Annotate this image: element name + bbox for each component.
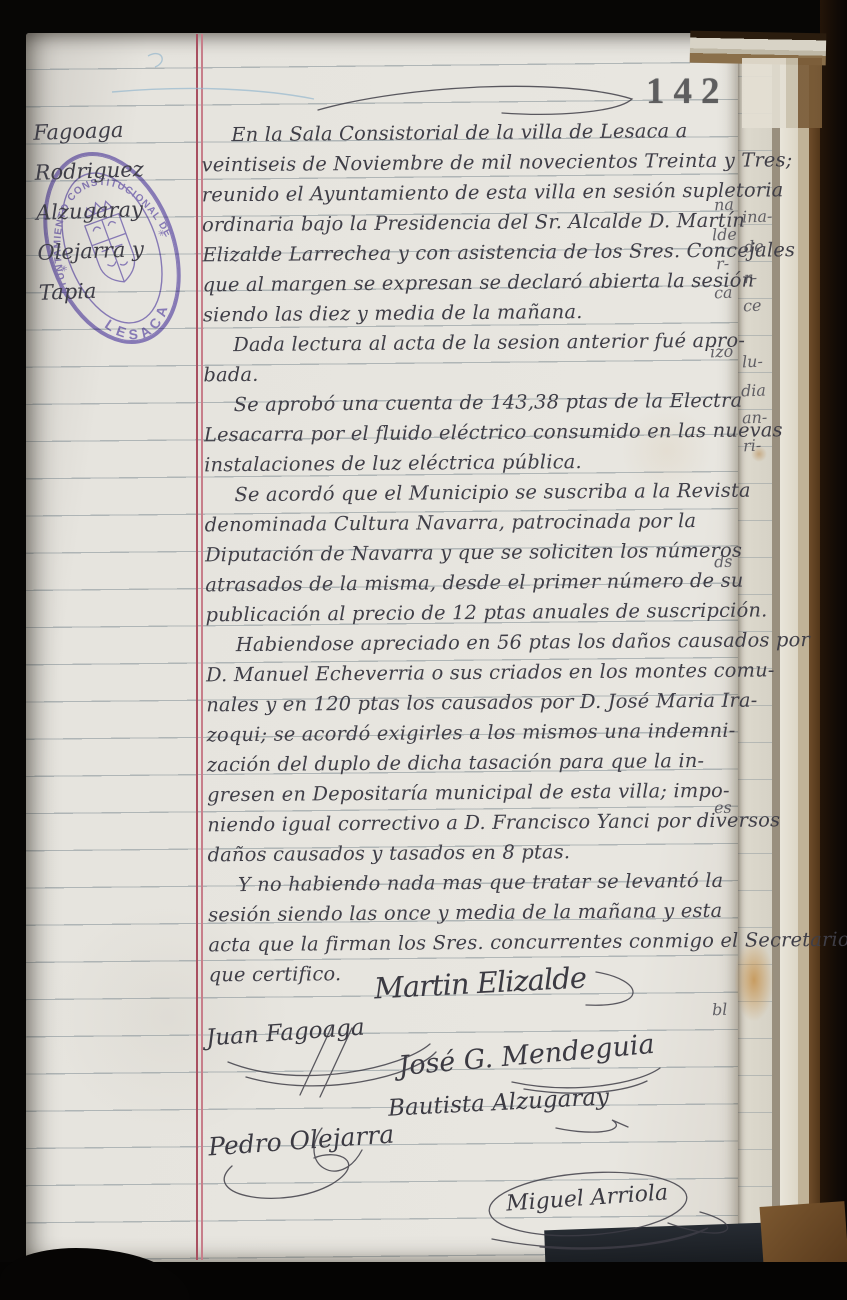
edge-fragment: es [714,798,732,818]
edge-fragment: ca [714,283,733,303]
book-photo: 142 AYUNTAMIENTO CONSTITUCIONAL DE LESAC… [0,0,847,1300]
body-line: zoqui; se acordó exigirles a los mismos … [206,716,746,751]
body-line: D. Manuel Echeverria o sus criados en lo… [206,656,746,691]
edge-fragment: izo [710,342,734,362]
body-line: instalaciones de luz eléctrica pública. [204,446,744,481]
body-line: Se acordó que el Municipio se suscriba a… [204,476,744,511]
acta-body-text: En la Sala Consistorial de la villa de L… [201,116,749,991]
book-cover [820,0,847,1300]
body-line: nales y en 120 ptas los causados por D. … [206,686,746,721]
body-line: Habiendose apreciado en 56 ptas los daño… [206,626,746,661]
body-line: En la Sala Consistorial de la villa de L… [201,116,741,151]
body-line: atrasados de la misma, desde el primer n… [205,566,745,601]
body-line: Elizalde Larrechea y con asistencia de l… [202,236,742,271]
body-line: veintiseis de Noviembre de mil novecient… [201,146,741,181]
body-line: sesión siendo las once y media de la mañ… [208,896,748,931]
margin-name: Alzugaray [35,187,201,233]
next-page-fragment: ce [743,296,762,316]
margin-name: Tapia [38,267,204,313]
edge-fragment: bl [712,1000,728,1020]
body-line: bada. [203,356,743,391]
body-line: niendo igual correctivo a D. Francisco Y… [207,806,747,841]
body-line: Se aprobó una cuenta de 143,38 ptas de l… [204,386,744,421]
next-page-fragment: ri- [743,436,762,456]
edge-fragment: lde [712,225,737,245]
edge-fragment: r- [716,254,730,273]
next-page-fragment: lu- [742,352,763,372]
margin-name: Fagoaga [33,107,199,153]
body-line: acta que la firman los Sres. concurrente… [208,926,748,961]
next-page-fragment: r- [744,268,758,287]
next-page-fragment: an- [742,408,768,428]
next-page-fragment: de [744,237,764,257]
body-line: denominada Cultura Navarra, patrocinada … [205,506,745,541]
edge-fragment: na [714,195,734,215]
body-line: gresen en Depositaría municipal de esta … [207,776,747,811]
body-line: Lesacarra por el fluido eléctrico consum… [204,416,744,451]
body-line: Dada lectura al acta de la sesion anteri… [203,326,743,361]
margin-name: Rodriguez [34,147,200,193]
body-line: que al margen se expresan se declaró abi… [203,266,743,301]
margin-councillor-names: Fagoaga Rodriguez Alzugaray Olejarra y T… [33,107,205,313]
body-line: daños causados y tasados en 8 ptas. [207,836,747,871]
margin-name: Olejarra y [37,227,203,273]
next-page-fragment: dia [741,381,767,401]
edge-fragment: ds [714,552,733,572]
body-line: Diputación de Navarra y que se soliciten… [205,536,745,571]
next-page-fragment: ina- [742,206,773,226]
body-line: Y no habiendo nada mas que tratar se lev… [208,866,748,901]
body-line: zación del duplo de dicha tasación para … [207,746,747,781]
page-stack-top [742,58,822,128]
page-number: 142 [646,70,729,113]
body-line: ordinaria bajo la Presidencia del Sr. Al… [202,206,742,241]
body-line: siendo las diez y media de la mañana. [203,296,743,331]
body-line: publicación al precio de 12 ptas anuales… [205,596,745,631]
body-line: reunido el Ayuntamiento de esta villa en… [202,176,742,211]
